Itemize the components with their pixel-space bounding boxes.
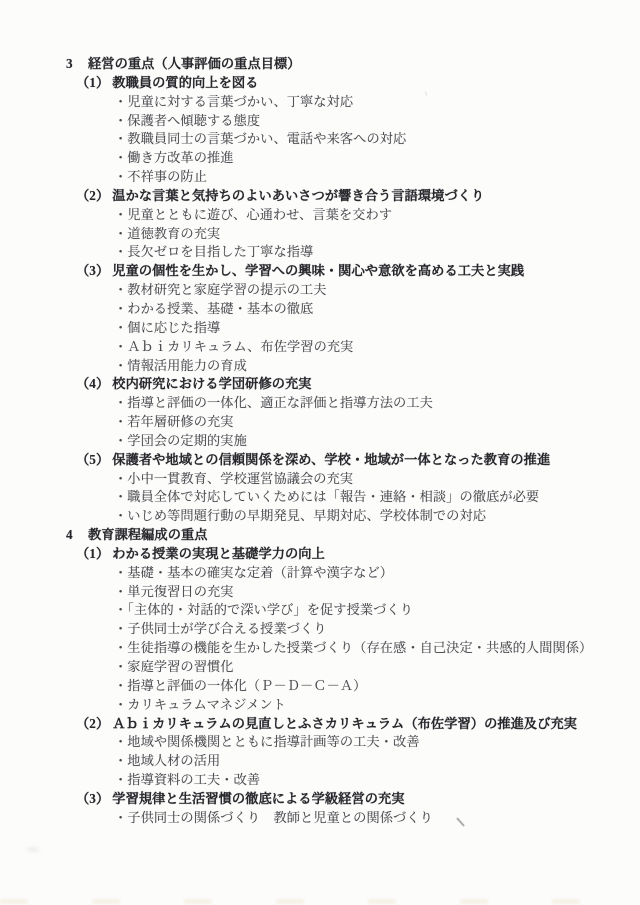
scan-smudge xyxy=(24,845,42,854)
section-number: 4 xyxy=(66,526,88,545)
bullet-item: ・情報活用能力の育成 xyxy=(0,357,640,376)
subsection-heading: （3）学習規律と生活習慣の徹底による学級経営の充実 xyxy=(0,790,640,809)
subsection-title: わかる授業の実現と基礎学力の向上 xyxy=(112,546,325,561)
bullet-item: ・子供同士の関係づくり 教師と児童との関係づくり xyxy=(0,809,640,828)
bullet-item: ・保護者へ傾聴する態度 xyxy=(0,112,640,131)
bullet-item: ・若年層研修の充実 xyxy=(0,413,640,432)
bullet-item: ・カリキュラムマネジメント xyxy=(0,696,640,715)
subsection-label: （1） xyxy=(76,546,109,561)
scanned-document-page: 3経営の重点（人事評価の重点目標） （1）教職員の質的向上を図る ・児童に対する… xyxy=(0,0,640,905)
section-title: 経営の重点（人事評価の重点目標） xyxy=(88,56,301,71)
bullet-item: ・家庭学習の習慣化 xyxy=(0,658,640,677)
subsection-title: 校内研究における学団研修の充実 xyxy=(112,376,311,391)
bullet-item: ・教材研究と家庭学習の提示の工夫 xyxy=(0,281,640,300)
subsection-heading: （3）児童の個性を生かし、学習への興味・関心や意欲を高める工夫と実践 xyxy=(0,262,640,281)
subsection-heading: （4）校内研究における学団研修の充実 xyxy=(0,375,640,394)
bullet-item: ・「主体的・対話的で深い学び」を促す授業づくり xyxy=(0,601,640,620)
bullet-item: ・単元復習日の充実 xyxy=(0,583,640,602)
bullet-item: ・指導と評価の一体化（Ｐ－Ｄ－Ｃ－Ａ） xyxy=(0,677,640,696)
bullet-item: ・個に応じた指導 xyxy=(0,319,640,338)
subsection-title: 児童の個性を生かし、学習への興味・関心や意欲を高める工夫と実践 xyxy=(112,263,524,278)
bullet-item: ・いじめ等問題行動の早期発見、早期対応、学校体制での対応 xyxy=(0,507,640,526)
document-content: 3経営の重点（人事評価の重点目標） （1）教職員の質的向上を図る ・児童に対する… xyxy=(0,55,640,828)
subsection-label: （1） xyxy=(76,75,109,90)
bullet-item: ・地域や関係機関とともに指導計画等の工夫・改善 xyxy=(0,733,640,752)
subsection-heading: （5）保護者や地域との信頼関係を深め、学校・地域が一体となった教育の推進 xyxy=(0,451,640,470)
subsection-label: （2） xyxy=(76,716,109,731)
bullet-item: ・長欠ゼロを目指した丁寧な指導 xyxy=(0,243,640,262)
section-heading: 3経営の重点（人事評価の重点目標） xyxy=(0,55,640,74)
bullet-item: ・小中一貫教育、学校運営協議会の充実 xyxy=(0,470,640,489)
scan-edge-noise xyxy=(0,899,640,904)
bullet-item: ・児童に対する言葉づかい、丁寧な対応 xyxy=(0,93,640,112)
subsection-heading: （2）温かな言葉と気持ちのよいあいさつが響き合う言語環境づくり xyxy=(0,187,640,206)
subsection-title: 教職員の質的向上を図る xyxy=(112,75,258,90)
subsection-title: 学習規律と生活習慣の徹底による学級経営の充実 xyxy=(112,791,404,806)
subsection-title: Ａｂｉカリキュラムの見直しとふさカリキュラム（布佐学習）の推進及び充実 xyxy=(112,716,577,731)
bullet-item: ・道徳教育の充実 xyxy=(0,225,640,244)
bullet-item: ・働き方改革の推進 xyxy=(0,149,640,168)
bullet-item: ・学団会の定期的実施 xyxy=(0,432,640,451)
bullet-item: ・教職員同士の言葉づかい、電話や来客への対応 xyxy=(0,130,640,149)
subsection-heading: （1）教職員の質的向上を図る xyxy=(0,74,640,93)
subsection-heading: （2）Ａｂｉカリキュラムの見直しとふさカリキュラム（布佐学習）の推進及び充実 xyxy=(0,715,640,734)
bullet-item: ・指導と評価の一体化、適正な評価と指導方法の工夫 xyxy=(0,394,640,413)
bullet-item: ・基礎・基本の確実な定着（計算や漢字など） xyxy=(0,564,640,583)
bullet-item: ・児童とともに遊び、心通わせ、言葉を交わす xyxy=(0,206,640,225)
subsection-label: （3） xyxy=(76,791,109,806)
subsection-label: （3） xyxy=(76,263,109,278)
bullet-item: ・職員全体で対応していくためには「報告・連絡・相談」の徹底が必要 xyxy=(0,488,640,507)
section-heading: 4教育課程編成の重点 xyxy=(0,526,640,545)
bullet-item: ・生徒指導の機能を生かした授業づくり（存在感・自己決定・共感的人間関係） xyxy=(0,639,640,658)
bullet-item: ・指導資料の工夫・改善 xyxy=(0,771,640,790)
subsection-title: 保護者や地域との信頼関係を深め、学校・地域が一体となった教育の推進 xyxy=(112,452,550,467)
subsection-label: （2） xyxy=(76,188,109,203)
bullet-item: ・Ａｂｉカリキュラム、布佐学習の充実 xyxy=(0,338,640,357)
bullet-item: ・地域人材の活用 xyxy=(0,752,640,771)
section-title: 教育課程編成の重点 xyxy=(88,527,208,542)
bullet-item: ・不祥事の防止 xyxy=(0,168,640,187)
bullet-item: ・わかる授業、基礎・基本の徹底 xyxy=(0,300,640,319)
bullet-item: ・子供同士が学び合える授業づくり xyxy=(0,620,640,639)
subsection-heading: （1）わかる授業の実現と基礎学力の向上 xyxy=(0,545,640,564)
section-number: 3 xyxy=(66,55,88,74)
subsection-label: （5） xyxy=(76,452,109,467)
subsection-title: 温かな言葉と気持ちのよいあいさつが響き合う言語環境づくり xyxy=(112,188,484,203)
subsection-label: （4） xyxy=(76,376,109,391)
